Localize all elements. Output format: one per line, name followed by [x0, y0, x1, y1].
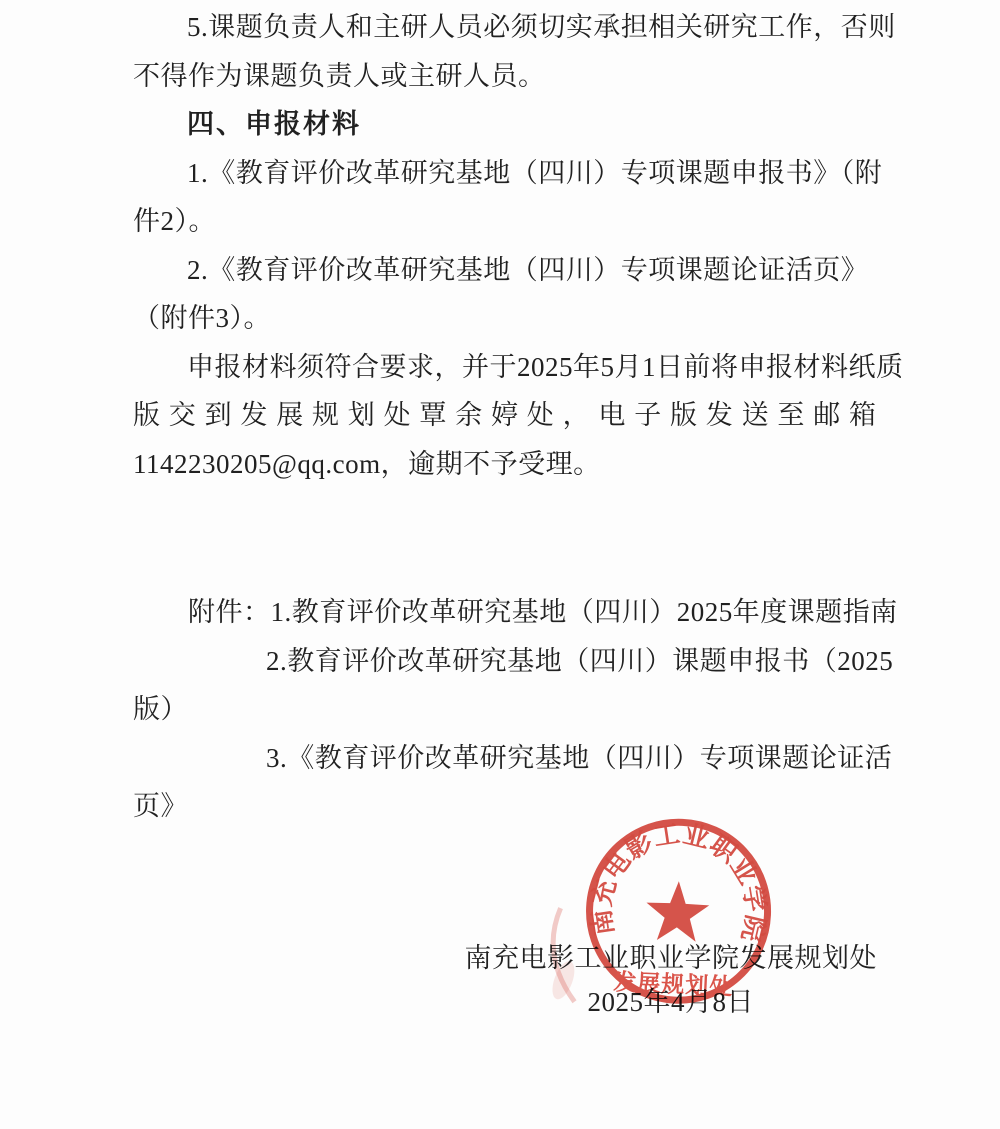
- paragraph-line: 申报材料须符合要求，并于2025年5月1日前将申报材料纸质: [133, 343, 877, 392]
- attachment-line: 2.教育评价改革研究基地（四川）课题申报书（2025: [133, 637, 877, 686]
- attachment-line: 页》: [133, 782, 877, 831]
- signature-date: 2025年4月8日: [465, 980, 878, 1024]
- paragraph-line: 5.课题负责人和主研人员必须切实承担相关研究工作，否则: [133, 3, 877, 52]
- body-text: 5.课题负责人和主研人员必须切实承担相关研究工作，否则 不得作为课题负责人或主研…: [133, 3, 877, 1024]
- attachment-line: 3.《教育评价改革研究基地（四川）专项课题论证活: [133, 734, 877, 783]
- paragraph-line: 件2）。: [133, 197, 877, 246]
- paragraph-line: 1142230205@qq.com，逾期不予受理。: [133, 440, 877, 489]
- attachment-line: 版）: [133, 685, 877, 734]
- document-page: 5.课题负责人和主研人员必须切实承担相关研究工作，否则 不得作为课题负责人或主研…: [0, 0, 1000, 1129]
- paragraph-line: （附件3）。: [133, 294, 877, 343]
- signature-block: 南充电影工业职业学院发展规划处 2025年4月8日: [133, 936, 877, 1024]
- attachments-list: 附件：1.教育评价改革研究基地（四川）2025年度课题指南 2.教育评价改革研究…: [133, 588, 877, 831]
- paragraph-line: 版交到发展规划处覃余婷处，电子版发送至邮箱: [133, 391, 877, 440]
- paragraph-line: 2.《教育评价改革研究基地（四川）专项课题论证活页》: [133, 246, 877, 295]
- paragraph-line: 不得作为课题负责人或主研人员。: [133, 52, 877, 101]
- paragraph-line: 1.《教育评价改革研究基地（四川）专项课题申报书》（附: [133, 149, 877, 198]
- section-heading: 四、申报材料: [133, 100, 877, 149]
- attachment-line: 附件：1.教育评价改革研究基地（四川）2025年度课题指南: [133, 588, 877, 637]
- signature-org: 南充电影工业职业学院发展规划处: [465, 936, 878, 980]
